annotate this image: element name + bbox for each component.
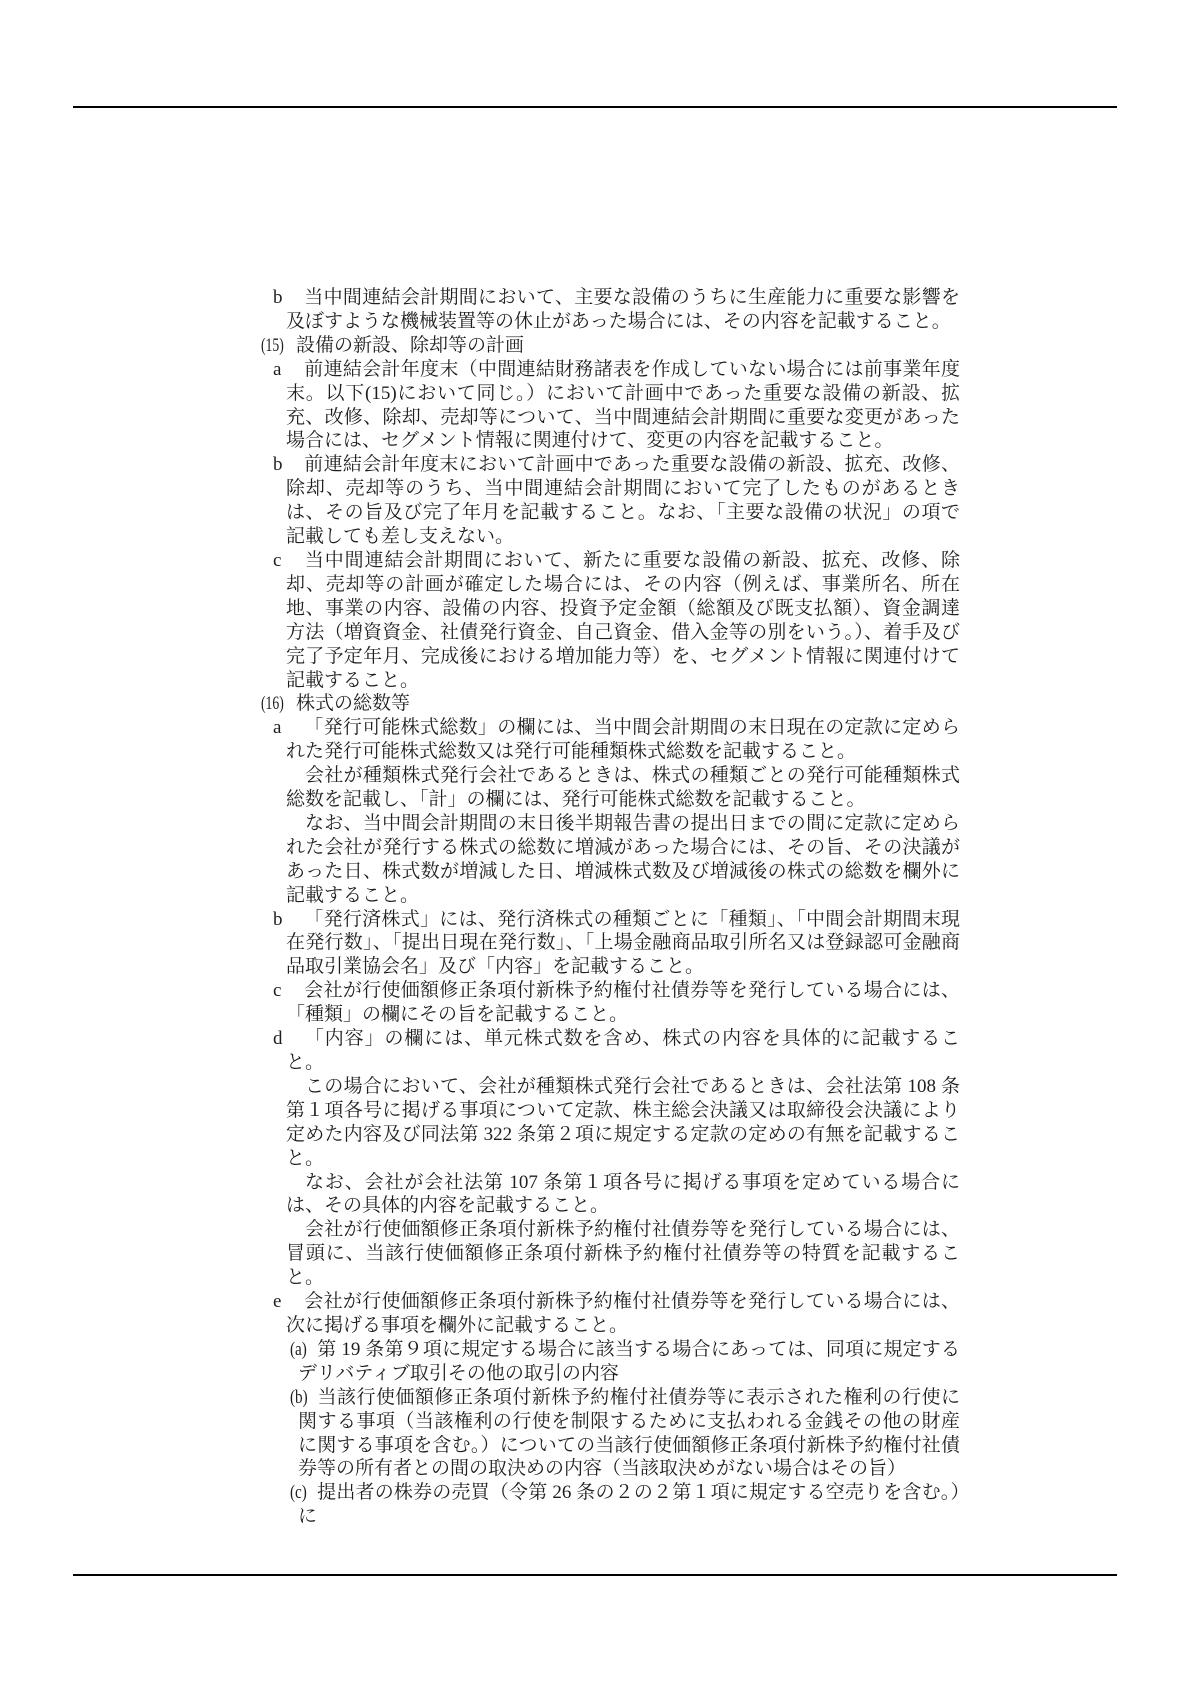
clause-item-16c: c会社が行使価額修正条項付新株予約権付社債券等を発行している場合には、「種類」の… xyxy=(261,979,960,1027)
clause-text: 「内容」の欄には、単元株式数を含め、株式の内容を具体的に記載すること。 xyxy=(286,1028,960,1073)
clause-item-16b: b「発行済株式」には、発行済株式の種類ごとに「種類」、「中間会計期間末現在発行数… xyxy=(261,908,960,980)
item-marker: d xyxy=(273,1027,304,1051)
item-marker: b xyxy=(273,286,304,310)
item-marker: e xyxy=(273,1290,304,1314)
document-body: b当中間連結会計期間において、主要な設備のうちに生産能力に重要な影響を及ぼすよう… xyxy=(261,286,960,1529)
clause-item-15b: b前連結会計年度末において計画中であった重要な設備の新設、拡充、改修、除却、売却… xyxy=(261,453,960,549)
item-marker: (c) xyxy=(290,1481,312,1505)
clause-paragraph: b当中間連結会計期間において、主要な設備のうちに生産能力に重要な影響を及ぼすよう… xyxy=(286,286,960,334)
item-marker: (15) xyxy=(261,334,286,358)
clause-text: 提出者の株券の売買（令第 26 条の２の２第１項に規定する空売りを含む。）に xyxy=(298,1482,960,1527)
item-marker: b xyxy=(273,908,304,932)
clause-paragraph: (16)株式の総数等 xyxy=(261,692,960,716)
clause-item-16d: d「内容」の欄には、単元株式数を含め、株式の内容を具体的に記載すること。 この場… xyxy=(261,1027,960,1290)
item-marker: (b) xyxy=(290,1386,312,1410)
item-marker: (16) xyxy=(261,692,286,716)
item-marker: a xyxy=(273,716,304,740)
clause-text: 前連結会計年度末（中間連結財務諸表を作成していない場合には前事業年度末。以下(1… xyxy=(286,359,960,452)
clause-item-16e-c: (c)提出者の株券の売買（令第 26 条の２の２第１項に規定する空売りを含む。）… xyxy=(261,1481,960,1529)
item-marker: (a) xyxy=(290,1338,312,1362)
clause-text: 当中間連結会計期間において、主要な設備のうちに生産能力に重要な影響を及ぼすような… xyxy=(286,287,960,332)
clause-item-16-share-totals: (16)株式の総数等 xyxy=(261,692,960,716)
clause-text: 会社が行使価額修正条項付新株予約権付社債券等を発行している場合には、「種類」の欄… xyxy=(286,980,960,1025)
clause-item-b-equipment-halt: b当中間連結会計期間において、主要な設備のうちに生産能力に重要な影響を及ぼすよう… xyxy=(261,286,960,334)
item-marker: c xyxy=(273,979,304,1003)
top-rule xyxy=(73,106,1117,108)
clause-text: 前連結会計年度末において計画中であった重要な設備の新設、拡充、改修、除却、売却等… xyxy=(286,454,960,547)
item-marker: a xyxy=(273,358,304,382)
clause-item-16a: a「発行可能株式総数」の欄には、当中間会計期間の末日現在の定款に定められた発行可… xyxy=(261,716,960,907)
clause-item-15c: c当中間連結会計期間において、新たに重要な設備の新設、拡充、改修、除却、売却等の… xyxy=(261,549,960,692)
clause-paragraph: a前連結会計年度末（中間連結財務諸表を作成していない場合には前事業年度末。以下(… xyxy=(286,358,960,454)
clause-paragraph: a「発行可能株式総数」の欄には、当中間会計期間の末日現在の定款に定められた発行可… xyxy=(286,716,960,764)
clause-text: 「発行済株式」には、発行済株式の種類ごとに「種類」、「中間会計期間末現在発行数」… xyxy=(286,909,960,978)
clause-text: 当該行使価額修正条項付新株予約権付社債券等に表示された権利の行使に関する事項（当… xyxy=(298,1387,960,1480)
clause-paragraph: 会社が種類株式発行会社であるときは、株式の種類ごとの発行可能種類株式総数を記載し… xyxy=(286,764,960,812)
clause-paragraph: (15)設備の新設、除却等の計画 xyxy=(261,334,960,358)
clause-text: 「発行可能株式総数」の欄には、当中間会計期間の末日現在の定款に定められた発行可能… xyxy=(286,717,960,762)
clause-paragraph: (c)提出者の株券の売買（令第 26 条の２の２第１項に規定する空売りを含む。）… xyxy=(298,1481,960,1529)
clause-paragraph: (a)第 19 条第９項に規定する場合に該当する場合にあっては、同項に規定するデ… xyxy=(298,1338,960,1386)
clause-text: 設備の新設、除却等の計画 xyxy=(296,335,524,356)
clause-item-16e-b: (b)当該行使価額修正条項付新株予約権付社債券等に表示された権利の行使に関する事… xyxy=(261,1386,960,1482)
clause-paragraph: b「発行済株式」には、発行済株式の種類ごとに「種類」、「中間会計期間末現在発行数… xyxy=(286,908,960,980)
clause-paragraph: (b)当該行使価額修正条項付新株予約権付社債券等に表示された権利の行使に関する事… xyxy=(298,1386,960,1482)
clause-paragraph: d「内容」の欄には、単元株式数を含め、株式の内容を具体的に記載すること。 xyxy=(286,1027,960,1075)
item-marker: b xyxy=(273,453,304,477)
clause-item-15a: a前連結会計年度末（中間連結財務諸表を作成していない場合には前事業年度末。以下(… xyxy=(261,358,960,454)
clause-paragraph: b前連結会計年度末において計画中であった重要な設備の新設、拡充、改修、除却、売却… xyxy=(286,453,960,549)
clause-paragraph: e会社が行使価額修正条項付新株予約権付社債券等を発行している場合には、次に掲げる… xyxy=(286,1290,960,1338)
clause-item-16e-a: (a)第 19 条第９項に規定する場合に該当する場合にあっては、同項に規定するデ… xyxy=(261,1338,960,1386)
bottom-rule xyxy=(73,1574,1117,1576)
item-marker: c xyxy=(273,549,304,573)
clause-paragraph: c当中間連結会計期間において、新たに重要な設備の新設、拡充、改修、除却、売却等の… xyxy=(286,549,960,692)
clause-paragraph: 会社が行使価額修正条項付新株予約権付社債券等を発行している場合には、冒頭に、当該… xyxy=(286,1218,960,1290)
clause-text: 株式の総数等 xyxy=(296,693,410,714)
clause-item-16e: e会社が行使価額修正条項付新株予約権付社債券等を発行している場合には、次に掲げる… xyxy=(261,1290,960,1338)
clause-text: 会社が行使価額修正条項付新株予約権付社債券等を発行している場合には、次に掲げる事… xyxy=(286,1291,960,1336)
clause-text: 第 19 条第９項に規定する場合に該当する場合にあっては、同項に規定するデリバテ… xyxy=(298,1339,960,1384)
clause-paragraph: なお、会社が会社法第 107 条第１項各号に掲げる事項を定めている場合には、その… xyxy=(286,1171,960,1219)
clause-paragraph: なお、当中間会計期間の末日後半期報告書の提出日までの間に定款に定められた会社が発… xyxy=(286,812,960,908)
clause-paragraph: c会社が行使価額修正条項付新株予約権付社債券等を発行している場合には、「種類」の… xyxy=(286,979,960,1027)
clause-item-15-equipment-plans: (15)設備の新設、除却等の計画 xyxy=(261,334,960,358)
clause-paragraph: この場合において、会社が種類株式発行会社であるときは、会社法第 108 条第１項… xyxy=(286,1075,960,1171)
clause-text: 当中間連結会計期間において、新たに重要な設備の新設、拡充、改修、除却、売却等の計… xyxy=(286,550,960,691)
